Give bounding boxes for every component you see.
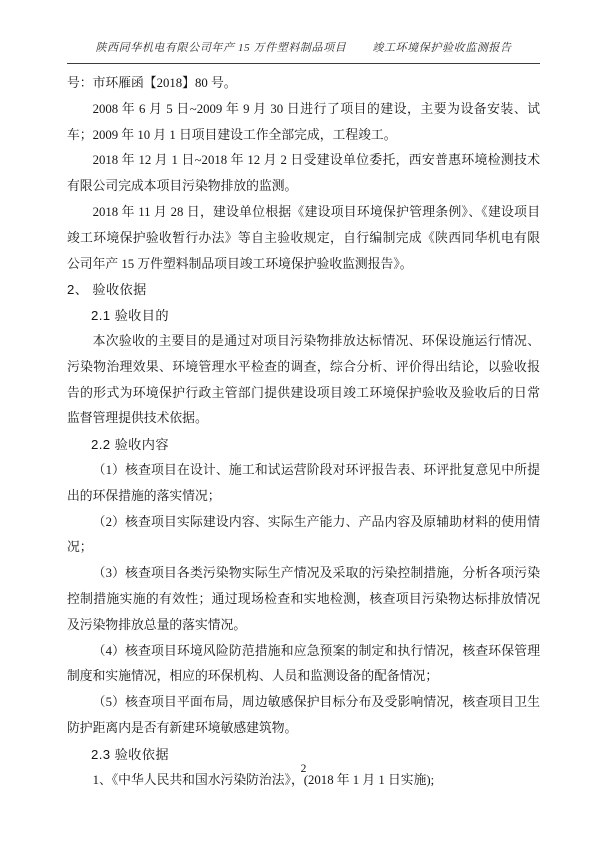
- section-heading-2-2: 2.2 验收内容: [67, 432, 540, 458]
- paragraph-monitoring-commission: 2018 年 12 月 1 日~2018 年 12 月 2 日受建设单位委托，西…: [67, 148, 540, 200]
- acceptance-content-item-4: （4）核查项目环境风险防范措施和应急预案的制定和执行情况，核查环保管理制度和实施…: [67, 639, 540, 691]
- document-body: 号：市环雁函【2018】80 号。 2008 年 6 月 5 日~2009 年 …: [67, 71, 540, 793]
- continuation-line: 号：市环雁函【2018】80 号。: [67, 71, 540, 97]
- acceptance-content-item-3: （3）核查项目各类污染物实际生产情况及采取的污染控制措施，分析各项污染控制措施实…: [67, 561, 540, 638]
- paragraph-self-acceptance: 2018 年 11 月 28 日，建设单位根据《建设项目环境保护管理条例》、《建…: [67, 200, 540, 277]
- acceptance-content-item-1: （1）核查项目在设计、施工和试运营阶段对环评报告表、环评批复意见中所提出的环保措…: [67, 458, 540, 510]
- header-divider: [67, 63, 540, 64]
- header-report-title: 竣工环境保护验收监测报告: [372, 41, 511, 55]
- page-number: 2: [67, 763, 540, 775]
- acceptance-content-item-5: （5）核查项目平面布局，周边敏感保护目标分布及受影响情况，核查项目卫生防护距离内…: [67, 690, 540, 742]
- page-header: 陕西同华机电有限公司年产 15 万件塑料制品项目 竣工环境保护验收监测报告: [67, 0, 540, 64]
- document-page: 陕西同华机电有限公司年产 15 万件塑料制品项目 竣工环境保护验收监测报告 号：…: [0, 0, 600, 848]
- section-heading-2-1: 2.1 验收目的: [67, 303, 540, 329]
- header-project-title: 陕西同华机电有限公司年产 15 万件塑料制品项目: [95, 41, 346, 55]
- running-header: 陕西同华机电有限公司年产 15 万件塑料制品项目 竣工环境保护验收监测报告: [67, 0, 540, 55]
- section-heading-2: 2、 验收依据: [67, 277, 540, 303]
- acceptance-content-item-2: （2）核查项目实际建设内容、实际生产能力、产品内容及原辅助材料的使用情况；: [67, 510, 540, 562]
- paragraph-acceptance-purpose: 本次验收的主要目的是通过对项目污染物排放达标情况、环保设施运行情况、污染物治理效…: [67, 329, 540, 432]
- paragraph-construction: 2008 年 6 月 5 日~2009 年 9 月 30 日进行了项目的建设，主…: [67, 97, 540, 149]
